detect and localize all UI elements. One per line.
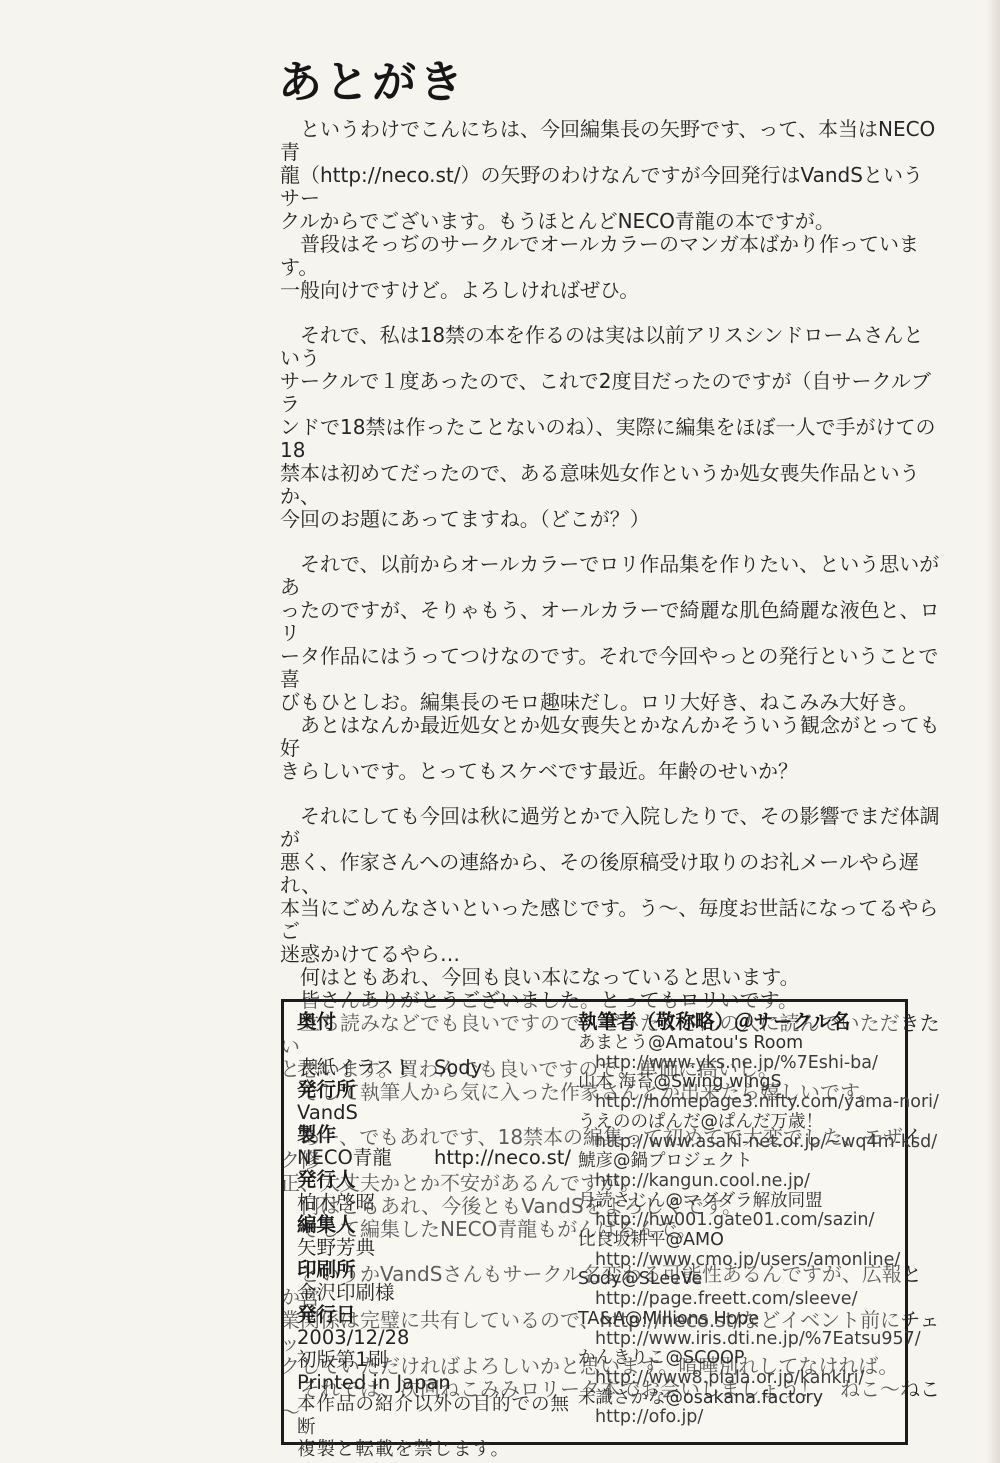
contributor-url: http://www8.plala.or.jp/kankiri/ (578, 1369, 939, 1389)
production-value: NECO青龍 (297, 1147, 434, 1170)
contributor-entry: Sody@SLeeVe http://page.freett.com/sleev… (578, 1270, 939, 1309)
publisher-value: VandS (297, 1102, 577, 1125)
issue-date-value: 2003/12/28 (297, 1327, 577, 1350)
editor-value: 矢野芳典 (297, 1237, 577, 1260)
cover-illust-value: Sody (434, 1057, 482, 1080)
afterword-paragraph-1: というわけでこんにちは、今回編集長の矢野です、って、本当はNECO青 龍（htt… (280, 118, 940, 302)
contributor-url: http://www.asahi-net.or.jp/~wq4m-ksd/ (578, 1133, 939, 1153)
publisher-label: 発行所 (297, 1079, 577, 1102)
colophon-contributors-column: 執筆者（敬称略）＠サークル名 あまとう@Amatou's Room http:/… (577, 1002, 943, 1442)
afterword-paragraph-3: それで、以前からオールカラーでロリ作品集を作りたい、という思いがあ ったのですが… (280, 553, 940, 783)
afterword-paragraph-2: それで、私は18禁の本を作るのは実は以前アリスシンドロームさんという サークルで… (280, 324, 940, 531)
contributor-entry: あまとう@Amatou's Room http://www.yks.ne.jp/… (578, 1034, 939, 1073)
contributor-url: http://homepage3.nifty.com/yama-nori/ (578, 1093, 939, 1113)
printed-in-value: Printed in Japan (297, 1372, 577, 1395)
contributor-name: 未識さかな@osakana.factory (578, 1389, 939, 1409)
issuer-label: 発行人 (297, 1169, 577, 1192)
production-label: 製作 (297, 1124, 577, 1147)
contributor-name: かんきりこ@SCOOP (578, 1349, 939, 1369)
contributor-url: http://hw001.gate01.com/sazin/ (578, 1211, 939, 1231)
contributor-url: http://ofo.jp/ (578, 1408, 939, 1428)
contributor-entry: かんきりこ@SCOOP http://www8.plala.or.jp/kank… (578, 1349, 939, 1388)
contributor-url: http://www.cmo.jp/users/amonline/ (578, 1251, 939, 1271)
contributor-url: http://www.iris.dti.ne.jp/%7Eatsu957/ (578, 1330, 939, 1350)
contributor-name: TA&A@Millions Hope (578, 1310, 939, 1330)
production-url: http://neco.st/ (434, 1147, 571, 1170)
contributor-url: http://page.freett.com/sleeve/ (578, 1290, 939, 1310)
contributors-heading: 執筆者（敬称略）＠サークル名 (578, 1011, 939, 1033)
printer-value: 金沢印刷様 (297, 1282, 577, 1305)
colophon-row-production: NECO青龍 http://neco.st/ (297, 1147, 577, 1170)
contributor-name: Sody@SLeeVe (578, 1270, 939, 1290)
contributor-entry: 比良坂耕平@AMO http://www.cmo.jp/users/amonli… (578, 1231, 939, 1270)
contributor-url: http://www.yks.ne.jp/%7Eshi-ba/ (578, 1054, 939, 1074)
contributor-name: 山本 海苔@Swing wingS (578, 1073, 939, 1093)
contributor-entry: 未識さかな@osakana.factory http://ofo.jp/ (578, 1389, 939, 1428)
colophon-row-cover-illust: 表紙イラスト Sody (297, 1057, 577, 1080)
colophon-left-column: 奥付 表紙イラスト Sody 発行所 VandS 製作 NECO青龍 http:… (284, 1002, 577, 1442)
contributor-entry: 月読さじん@マグダラ解放同盟 http://hw001.gate01.com/s… (578, 1192, 939, 1231)
contributor-name: 月読さじん@マグダラ解放同盟 (578, 1192, 939, 1212)
cover-illust-label: 表紙イラスト (297, 1057, 434, 1080)
contributor-name: 鯱彦@鍋プロジェクト (578, 1152, 939, 1172)
scan-edge-shadow (986, 0, 1000, 1463)
contributor-url: http://kangun.cool.ne.jp/ (578, 1172, 939, 1192)
colophon-heading: 奥付 (297, 1011, 577, 1034)
contributor-entry: TA&A@Millions Hope http://www.iris.dti.n… (578, 1310, 939, 1349)
colophon-box: 奥付 表紙イラスト Sody 発行所 VandS 製作 NECO青龍 http:… (281, 999, 908, 1445)
printer-label: 印刷所 (297, 1259, 577, 1282)
copyright-note: 本作品の紹介以外の目的での無断 複製と転載を禁じます。 (297, 1394, 577, 1462)
scanned-afterword-page: { "afterword": { "title": "あとがき", "parag… (0, 0, 1000, 1463)
contributor-entry: 鯱彦@鍋プロジェクト http://kangun.cool.ne.jp/ (578, 1152, 939, 1191)
issue-date-label: 発行日 (297, 1304, 577, 1327)
contributor-name: うえののぱんだ@ぱんだ万歳！ (578, 1113, 939, 1133)
contributor-name: あまとう@Amatou's Room (578, 1034, 939, 1054)
edition-value: 初版第1刷 (297, 1349, 577, 1372)
contributor-entry: うえののぱんだ@ぱんだ万歳！ http://www.asahi-net.or.j… (578, 1113, 939, 1152)
contributor-entry: 山本 海苔@Swing wingS http://homepage3.nifty… (578, 1073, 939, 1112)
contributor-name: 比良坂耕平@AMO (578, 1231, 939, 1251)
issuer-value: 柏木啓昭 (297, 1192, 577, 1215)
editor-label: 編集人 (297, 1214, 577, 1237)
page-title: あとがき (278, 46, 466, 110)
